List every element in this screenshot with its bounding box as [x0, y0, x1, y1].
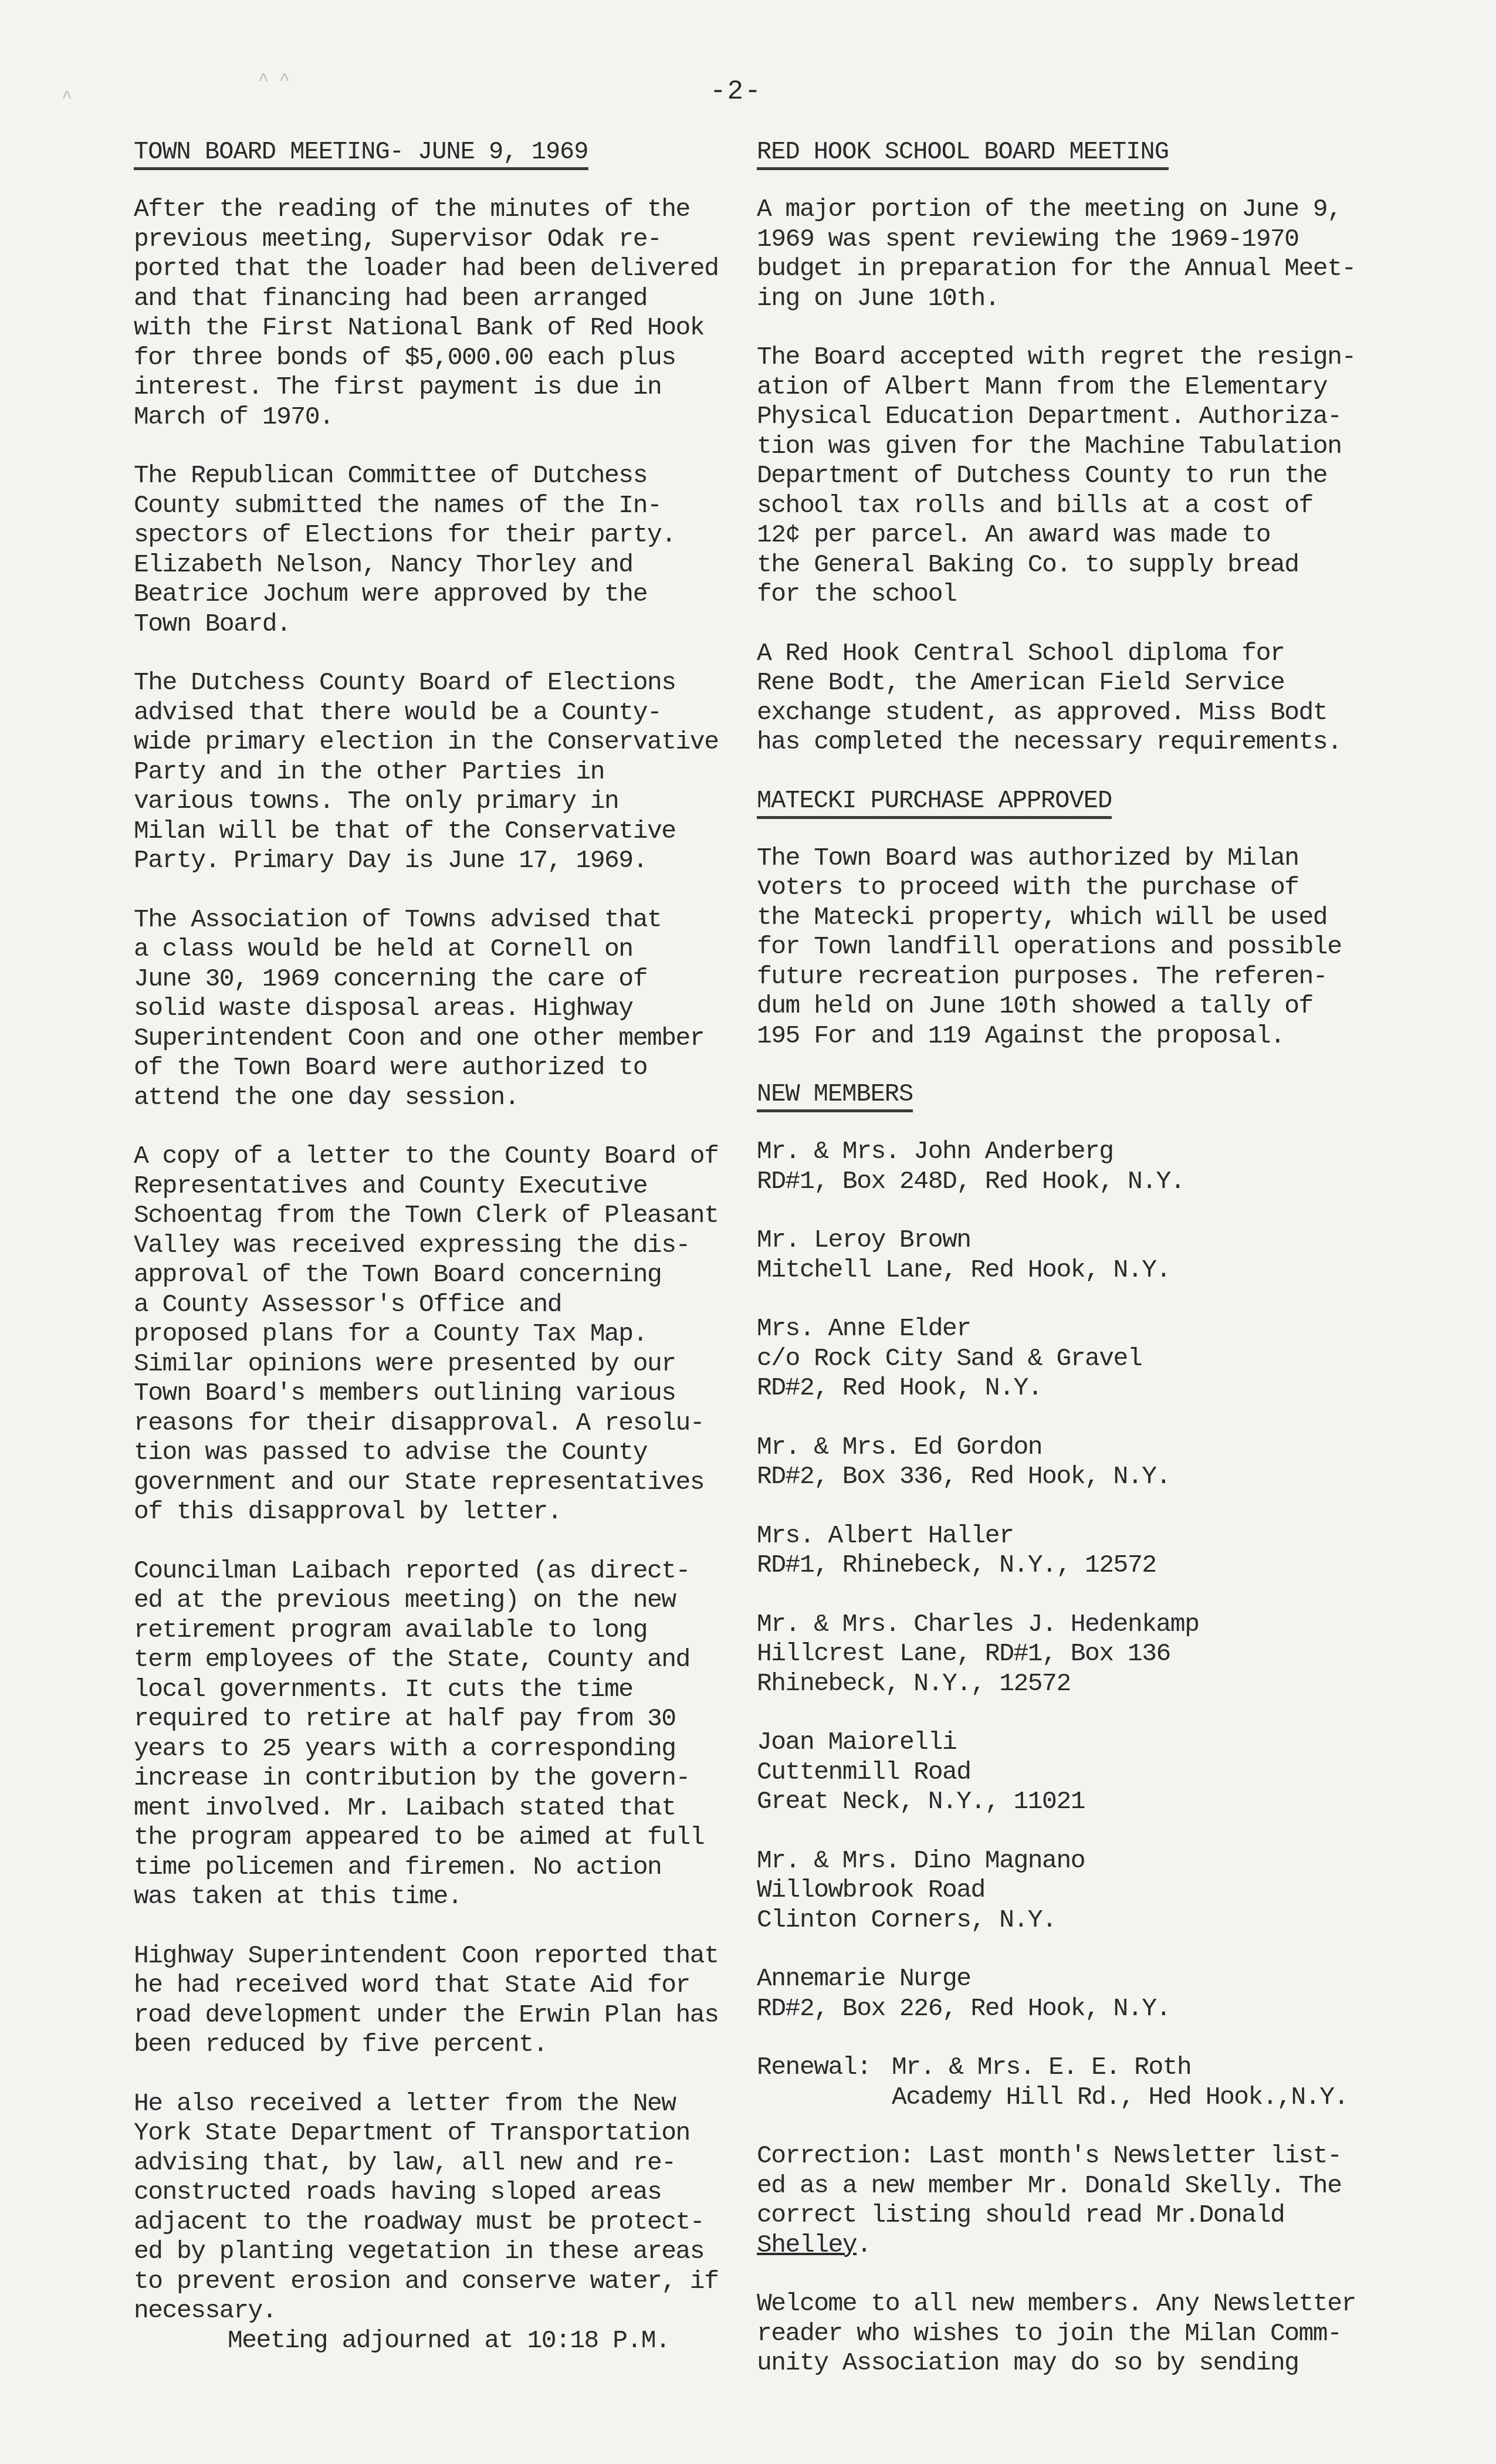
member-entry: Mrs. Anne Elderc/o Rock City Sand & Grav…	[757, 1314, 1390, 1403]
stray-mark: ^	[62, 88, 72, 108]
member-entry: Mr. & Mrs. John AnderbergRD#1, Box 248D,…	[757, 1137, 1390, 1196]
page-number: -2-	[710, 76, 762, 107]
paragraph-loader-financing: After the reading of the minutes of the …	[134, 195, 756, 432]
member-entry: Mr. & Mrs. Ed GordonRD#2, Box 336, Red H…	[757, 1433, 1390, 1492]
member-name: Mr. & Mrs. John Anderberg	[757, 1137, 1390, 1167]
correction-notice: Correction: Last month's Newsletter list…	[757, 2141, 1390, 2260]
member-address-line: RD#2, Box 226, Red Hook, N.Y.	[757, 1994, 1390, 2024]
member-address-line: c/o Rock City Sand & Gravel	[757, 1344, 1390, 1374]
member-name: Mr. & Mrs. Charles J. Hedenkamp	[757, 1610, 1390, 1640]
town-board-heading: TOWN BOARD MEETING- June 9, 1969	[134, 138, 588, 170]
member-address-line: Mitchell Lane, Red Hook, N.Y.	[757, 1255, 1390, 1285]
correction-text: Correction: Last month's Newsletter list…	[757, 2141, 1341, 2229]
meeting-adjourned: Meeting adjourned at 10:18 P.M.	[134, 2326, 756, 2356]
member-address-line: Great Neck, N.Y., 11021	[757, 1787, 1390, 1817]
correction-period: .	[857, 2231, 871, 2259]
member-entry: Mr. Leroy BrownMitchell Lane, Red Hook, …	[757, 1226, 1390, 1285]
paragraph-election-inspectors: The Republican Committee of Dutchess Cou…	[134, 461, 756, 639]
renewal-entry: Renewal: Mr. & Mrs. E. E. Roth Academy H…	[757, 2053, 1390, 2112]
paragraph-retirement-program: Councilman Laibach reported (as direct- …	[134, 1556, 756, 1912]
school-board-heading: RED HOOK SCHOOL BOARD MEETING	[757, 138, 1169, 170]
paragraph-budget-review: A major portion of the meeting on June 9…	[757, 195, 1390, 313]
member-address-line: Rhinebeck, N.Y., 12572	[757, 1669, 1390, 1699]
member-address-line: RD#1, Box 248D, Red Hook, N.Y.	[757, 1167, 1390, 1197]
member-name: Mrs. Albert Haller	[757, 1521, 1390, 1551]
correction-corrected-name: Shelley	[757, 2231, 857, 2259]
renewal-name: Mr. & Mrs. E. E. Roth	[892, 2053, 1348, 2083]
matecki-heading: MATECKI PURCHASE APPROVED	[757, 787, 1112, 819]
member-entry: Mr. & Mrs. Dino MagnanoWillowbrook RoadC…	[757, 1846, 1390, 1935]
member-name: Mr. & Mrs. Dino Magnano	[757, 1846, 1390, 1876]
member-name: Mr. & Mrs. Ed Gordon	[757, 1433, 1390, 1463]
member-entry: Annemarie NurgeRD#2, Box 226, Red Hook, …	[757, 1964, 1390, 2023]
member-name: Mr. Leroy Brown	[757, 1226, 1390, 1255]
member-name: Joan Maiorelli	[757, 1728, 1390, 1758]
paragraph-tax-map-letter: A copy of a letter to the County Board o…	[134, 1142, 756, 1527]
member-name: Annemarie Nurge	[757, 1964, 1390, 1994]
member-address-line: Clinton Corners, N.Y.	[757, 1905, 1390, 1935]
member-address-line: Cuttenmill Road	[757, 1758, 1390, 1788]
paragraph-association-of-towns: The Association of Towns advised that a …	[134, 905, 756, 1113]
paragraph-state-aid: Highway Superintendent Coon reported tha…	[134, 1941, 756, 2060]
paragraph-transportation-letter: He also received a letter from the New Y…	[134, 2089, 756, 2326]
welcome-paragraph: Welcome to all new members. Any Newslett…	[757, 2289, 1390, 2378]
member-entry: Joan MaiorelliCuttenmill RoadGreat Neck,…	[757, 1728, 1390, 1817]
member-name: Mrs. Anne Elder	[757, 1314, 1390, 1344]
paragraph-resignation: The Board accepted with regret the resig…	[757, 343, 1390, 610]
paragraph-primary-election: The Dutchess County Board of Elections a…	[134, 668, 756, 876]
renewal-address: Academy Hill Rd., Hed Hook.,N.Y.	[892, 2083, 1348, 2113]
member-address-line: Hillcrest Lane, RD#1, Box 136	[757, 1639, 1390, 1669]
paragraph-diploma: A Red Hook Central School diploma for Re…	[757, 639, 1390, 757]
stray-mark: ^ ^	[258, 70, 290, 90]
new-members-list: Mr. & Mrs. John AnderbergRD#1, Box 248D,…	[757, 1137, 1390, 2023]
new-members-heading: NEW MEMBERS	[757, 1080, 913, 1112]
paragraph-matecki-purchase: The Town Board was authorized by Milan v…	[757, 844, 1390, 1051]
town-board-column: TOWN BOARD MEETING- June 9, 1969 After t…	[134, 138, 756, 2385]
member-address-line: Willowbrook Road	[757, 1876, 1390, 1905]
member-address-line: RD#2, Red Hook, N.Y.	[757, 1373, 1390, 1403]
member-address-line: RD#1, Rhinebeck, N.Y., 12572	[757, 1551, 1390, 1580]
member-entry: Mr. & Mrs. Charles J. HedenkampHillcrest…	[757, 1610, 1390, 1699]
member-address-line: RD#2, Box 336, Red Hook, N.Y.	[757, 1462, 1390, 1492]
right-column: RED HOOK SCHOOL BOARD MEETING A major po…	[757, 138, 1390, 2408]
renewal-label: Renewal:	[757, 2053, 892, 2112]
member-entry: Mrs. Albert HallerRD#1, Rhinebeck, N.Y.,…	[757, 1521, 1390, 1580]
